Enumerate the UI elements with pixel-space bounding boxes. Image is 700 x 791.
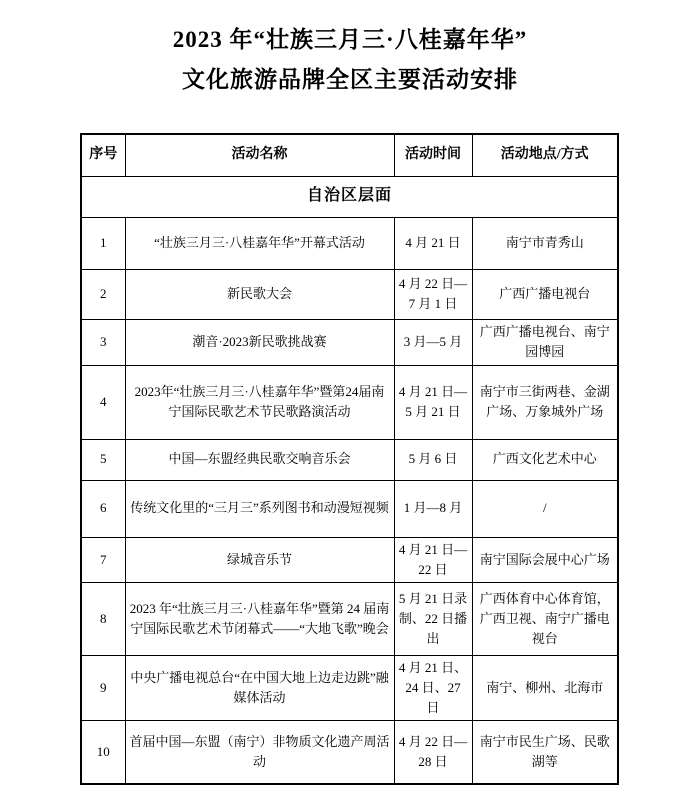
cell-no: 7 bbox=[81, 537, 125, 582]
cell-time: 4 月 21 日、24 日、27 日 bbox=[394, 655, 472, 720]
cell-name: 绿城音乐节 bbox=[125, 537, 394, 582]
cell-no: 10 bbox=[81, 721, 125, 784]
cell-time: 4 月 22 日—7 月 1 日 bbox=[394, 269, 472, 319]
cell-place: 广西广播电视台、南宁园博园 bbox=[472, 319, 618, 365]
column-header-name: 活动名称 bbox=[125, 134, 394, 176]
cell-place: 南宁市青秀山 bbox=[472, 217, 618, 269]
cell-no: 8 bbox=[81, 582, 125, 655]
cell-place: 广西体育中心体育馆，广西卫视、南宁广播电视台 bbox=[472, 582, 618, 655]
table-row: 4 2023年“壮族三月三·八桂嘉年华”暨第24届南宁国际民歌艺术节民歌路演活动… bbox=[81, 365, 618, 439]
cell-name: 潮音·2023新民歌挑战赛 bbox=[125, 319, 394, 365]
cell-name: “壮族三月三·八桂嘉年华”开幕式活动 bbox=[125, 217, 394, 269]
cell-name: 2023年“壮族三月三·八桂嘉年华”暨第24届南宁国际民歌艺术节民歌路演活动 bbox=[125, 365, 394, 439]
cell-place: / bbox=[472, 480, 618, 537]
table-row: 7 绿城音乐节 4 月 21 日—22 日 南宁国际会展中心广场 bbox=[81, 537, 618, 582]
table-row: 1 “壮族三月三·八桂嘉年华”开幕式活动 4 月 21 日 南宁市青秀山 bbox=[81, 217, 618, 269]
table-row: 6 传统文化里的“三月三”系列图书和动漫短视频 1 月—8 月 / bbox=[81, 480, 618, 537]
cell-time: 4 月 22 日—28 日 bbox=[394, 721, 472, 784]
cell-no: 9 bbox=[81, 655, 125, 720]
table-row: 3 潮音·2023新民歌挑战赛 3 月—5 月 广西广播电视台、南宁园博园 bbox=[81, 319, 618, 365]
page-title: 2023 年“壮族三月三·八桂嘉年华” 文化旅游品牌全区主要活动安排 bbox=[0, 0, 700, 100]
cell-time: 5 月 21 日录制、22 日播出 bbox=[394, 582, 472, 655]
cell-name: 2023 年“壮族三月三·八桂嘉年华”暨第 24 届南宁国际民歌艺术节闭幕式——… bbox=[125, 582, 394, 655]
cell-no: 1 bbox=[81, 217, 125, 269]
cell-name: 传统文化里的“三月三”系列图书和动漫短视频 bbox=[125, 480, 394, 537]
cell-time: 4 月 21 日—5 月 21 日 bbox=[394, 365, 472, 439]
cell-no: 2 bbox=[81, 269, 125, 319]
cell-no: 3 bbox=[81, 319, 125, 365]
cell-no: 5 bbox=[81, 439, 125, 480]
cell-name: 新民歌大会 bbox=[125, 269, 394, 319]
cell-place: 广西广播电视台 bbox=[472, 269, 618, 319]
table-header-row: 序号 活动名称 活动时间 活动地点/方式 bbox=[81, 134, 618, 176]
cell-name: 首届中国—东盟（南宁）非物质文化遗产周活动 bbox=[125, 721, 394, 784]
cell-time: 4 月 21 日—22 日 bbox=[394, 537, 472, 582]
cell-name: 中央广播电视总台“在中国大地上边走边跳”融媒体活动 bbox=[125, 655, 394, 720]
column-header-no: 序号 bbox=[81, 134, 125, 176]
page-title-line2: 文化旅游品牌全区主要活动安排 bbox=[0, 60, 700, 100]
cell-no: 4 bbox=[81, 365, 125, 439]
column-header-place: 活动地点/方式 bbox=[472, 134, 618, 176]
cell-place: 广西文化艺术中心 bbox=[472, 439, 618, 480]
table-row: 5 中国—东盟经典民歌交响音乐会 5 月 6 日 广西文化艺术中心 bbox=[81, 439, 618, 480]
cell-time: 4 月 21 日 bbox=[394, 217, 472, 269]
cell-no: 6 bbox=[81, 480, 125, 537]
section-row: 自治区层面 bbox=[81, 176, 618, 217]
table-row: 9 中央广播电视总台“在中国大地上边走边跳”融媒体活动 4 月 21 日、24 … bbox=[81, 655, 618, 720]
cell-place: 南宁国际会展中心广场 bbox=[472, 537, 618, 582]
table-row: 10 首届中国—东盟（南宁）非物质文化遗产周活动 4 月 22 日—28 日 南… bbox=[81, 721, 618, 784]
table-row: 8 2023 年“壮族三月三·八桂嘉年华”暨第 24 届南宁国际民歌艺术节闭幕式… bbox=[81, 582, 618, 655]
cell-place: 南宁市三街两巷、金湖广场、万象城外广场 bbox=[472, 365, 618, 439]
table-row: 2 新民歌大会 4 月 22 日—7 月 1 日 广西广播电视台 bbox=[81, 269, 618, 319]
document-page: 2023 年“壮族三月三·八桂嘉年华” 文化旅游品牌全区主要活动安排 序号 活动… bbox=[0, 0, 700, 791]
cell-place: 南宁、柳州、北海市 bbox=[472, 655, 618, 720]
cell-time: 5 月 6 日 bbox=[394, 439, 472, 480]
cell-time: 3 月—5 月 bbox=[394, 319, 472, 365]
cell-time: 1 月—8 月 bbox=[394, 480, 472, 537]
page-title-line1: 2023 年“壮族三月三·八桂嘉年华” bbox=[0, 20, 700, 60]
section-header: 自治区层面 bbox=[81, 176, 618, 217]
cell-name: 中国—东盟经典民歌交响音乐会 bbox=[125, 439, 394, 480]
column-header-time: 活动时间 bbox=[394, 134, 472, 176]
cell-place: 南宁市民生广场、民歌湖等 bbox=[472, 721, 618, 784]
activities-table: 序号 活动名称 活动时间 活动地点/方式 自治区层面 1 “壮族三月三·八桂嘉年… bbox=[80, 133, 619, 785]
